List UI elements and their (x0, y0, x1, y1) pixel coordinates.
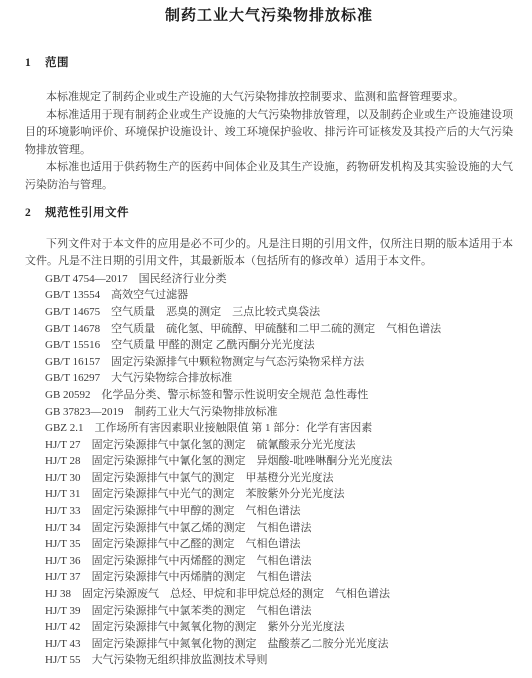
reference-title: 空气质量 恶臭的测定 三点比较式臭袋法 (111, 306, 320, 318)
section-scope: 1 范围 本标准规定了制药企业或生产设施的大气污染物排放控制要求、监测和监督管理… (25, 56, 513, 195)
scope-paragraph-1: 本标准规定了制药企业或生产设施的大气污染物排放控制要求、监测和监督管理要求。 (25, 89, 513, 107)
document-page: 制药工业大气污染物排放标准 1 范围 本标准规定了制药企业或生产设施的大气污染物… (0, 0, 532, 678)
reference-list: GB/T 4754—2017国民经济行业分类 GB/T 13554高效空气过滤器… (25, 271, 513, 669)
reference-code: HJ/T 28 (45, 453, 81, 470)
reference-code: GBZ 2.1 (45, 420, 84, 437)
references-intro-paragraph: 下列文件对于本文件的应用是必不可少的。凡是注日期的引用文件，仅所注日期的版本适用… (25, 236, 513, 271)
reference-title: 固定污染源排气中氯气的测定 甲基橙分光光度法 (92, 472, 334, 484)
reference-code: HJ/T 42 (45, 619, 81, 636)
reference-title: 工作场所有害因素职业接触限值 第 1 部分：化学有害因素 (95, 422, 373, 434)
section-2-heading: 2 规范性引用文件 (25, 206, 513, 220)
reference-code: GB/T 16297 (45, 370, 100, 387)
reference-item: HJ/T 55大气污染物无组织排放监测技术导则 (45, 652, 513, 669)
section-references: 2 规范性引用文件 下列文件对于本文件的应用是必不可少的。凡是注日期的引用文件，… (25, 206, 513, 669)
section-1-number: 1 (25, 56, 45, 70)
reference-code: GB 37823—2019 (45, 404, 124, 421)
reference-code: GB/T 13554 (45, 287, 100, 304)
reference-code: GB/T 16157 (45, 354, 100, 371)
reference-title: 固定污染源排气中乙醛的测定 气相色谱法 (92, 538, 301, 550)
reference-code: GB/T 15516 (45, 337, 100, 354)
reference-item: HJ/T 31固定污染源排气中光气的测定 苯胺紫外分光光度法 (45, 486, 513, 503)
reference-code: HJ/T 43 (45, 636, 81, 653)
reference-title: 固定污染源排气中氰化氢的测定 异烟酸-吡唑啉酮分光光度法 (92, 455, 393, 467)
reference-code: GB/T 4754—2017 (45, 271, 128, 288)
reference-item: HJ/T 34固定污染源排气中氯乙烯的测定 气相色谱法 (45, 520, 513, 537)
reference-item: GBZ 2.1工作场所有害因素职业接触限值 第 1 部分：化学有害因素 (45, 420, 513, 437)
reference-title: 大气污染物综合排放标准 (111, 372, 232, 384)
scope-body: 本标准规定了制药企业或生产设施的大气污染物排放控制要求、监测和监督管理要求。 本… (25, 89, 513, 195)
reference-item: HJ 38固定污染源废气 总烃、甲烷和非甲烷总烃的测定 气相色谱法 (45, 586, 513, 603)
reference-title: 固定污染源排气中氯化氢的测定 硫氰酸汞分光光度法 (92, 439, 356, 451)
reference-code: HJ/T 37 (45, 569, 81, 586)
reference-item: HJ/T 42固定污染源排气中氮氧化物的测定 紫外分光光度法 (45, 619, 513, 636)
reference-code: HJ/T 39 (45, 603, 81, 620)
reference-title: 空气质量 硫化氢、甲硫醇、甲硫醚和二甲二硫的测定 气相色谱法 (111, 323, 441, 335)
reference-title: 固定污染源排气中丙烯醛的测定 气相色谱法 (92, 555, 312, 567)
scope-paragraph-3: 本标准也适用于供药物生产的医药中间体企业及其生产设施，药物研发机构及其实验设施的… (25, 159, 513, 194)
reference-code: HJ/T 31 (45, 486, 81, 503)
reference-code: GB/T 14678 (45, 321, 100, 338)
document-title: 制药工业大气污染物排放标准 (25, 7, 513, 26)
reference-item: GB 20592化学品分类、警示标签和警示性说明安全规范 急性毒性 (45, 387, 513, 404)
reference-item: GB/T 16157固定污染源排气中颗粒物测定与气态污染物采样方法 (45, 354, 513, 371)
section-1-heading: 1 范围 (25, 56, 513, 70)
reference-item: GB/T 13554高效空气过滤器 (45, 287, 513, 304)
reference-item: GB/T 15516空气质量 甲醛的测定 乙酰丙酮分光光度法 (45, 337, 513, 354)
reference-title: 固定污染源排气中丙烯腈的测定 气相色谱法 (92, 571, 312, 583)
reference-code: HJ/T 33 (45, 503, 81, 520)
reference-item: HJ/T 30固定污染源排气中氯气的测定 甲基橙分光光度法 (45, 470, 513, 487)
reference-item: GB/T 14678空气质量 硫化氢、甲硫醇、甲硫醚和二甲二硫的测定 气相色谱法 (45, 321, 513, 338)
reference-item: GB 37823—2019制药工业大气污染物排放标准 (45, 404, 513, 421)
reference-title: 化学品分类、警示标签和警示性说明安全规范 急性毒性 (102, 389, 369, 401)
section-2-title: 规范性引用文件 (45, 206, 129, 220)
reference-item: HJ/T 39固定污染源排气中氯苯类的测定 气相色谱法 (45, 603, 513, 620)
reference-title: 固定污染源排气中氯苯类的测定 气相色谱法 (92, 605, 312, 617)
reference-code: HJ/T 30 (45, 470, 81, 487)
reference-item: HJ/T 43固定污染源排气中氮氧化物的测定 盐酸萘乙二胺分光光度法 (45, 636, 513, 653)
section-1-title: 范围 (45, 56, 69, 70)
reference-item: HJ/T 33固定污染源排气中甲醇的测定 气相色谱法 (45, 503, 513, 520)
reference-code: HJ/T 34 (45, 520, 81, 537)
reference-title: 固定污染源排气中颗粒物测定与气态污染物采样方法 (111, 356, 364, 368)
reference-title: 固定污染源排气中光气的测定 苯胺紫外分光光度法 (92, 488, 345, 500)
reference-code: HJ/T 55 (45, 652, 81, 669)
reference-code: HJ 38 (45, 586, 71, 603)
reference-item: HJ/T 27固定污染源排气中氯化氢的测定 硫氰酸汞分光光度法 (45, 437, 513, 454)
reference-title: 固定污染源排气中甲醇的测定 气相色谱法 (92, 505, 301, 517)
reference-title: 固定污染源废气 总烃、甲烷和非甲烷总烃的测定 气相色谱法 (82, 588, 390, 600)
reference-title: 国民经济行业分类 (139, 273, 227, 285)
reference-code: HJ/T 35 (45, 536, 81, 553)
reference-item: GB/T 16297大气污染物综合排放标准 (45, 370, 513, 387)
reference-item: GB/T 4754—2017国民经济行业分类 (45, 271, 513, 288)
reference-title: 固定污染源排气中氯乙烯的测定 气相色谱法 (92, 522, 312, 534)
reference-title: 固定污染源排气中氮氧化物的测定 盐酸萘乙二胺分光光度法 (92, 638, 389, 650)
section-2-number: 2 (25, 206, 45, 220)
reference-code: HJ/T 27 (45, 437, 81, 454)
reference-item: HJ/T 37固定污染源排气中丙烯腈的测定 气相色谱法 (45, 569, 513, 586)
reference-title: 固定污染源排气中氮氧化物的测定 紫外分光光度法 (92, 621, 345, 633)
reference-item: HJ/T 35固定污染源排气中乙醛的测定 气相色谱法 (45, 536, 513, 553)
reference-title: 大气污染物无组织排放监测技术导则 (92, 654, 268, 666)
reference-code: GB/T 14675 (45, 304, 100, 321)
scope-paragraph-2: 本标准适用于现有制药企业或生产设施的大气污染物排放管理，以及制药企业或生产设施建… (25, 107, 513, 160)
reference-title: 高效空气过滤器 (111, 289, 188, 301)
reference-code: HJ/T 36 (45, 553, 81, 570)
reference-title: 制药工业大气污染物排放标准 (135, 406, 278, 418)
reference-title: 空气质量 甲醛的测定 乙酰丙酮分光光度法 (111, 339, 315, 351)
reference-item: HJ/T 28固定污染源排气中氰化氢的测定 异烟酸-吡唑啉酮分光光度法 (45, 453, 513, 470)
reference-item: GB/T 14675空气质量 恶臭的测定 三点比较式臭袋法 (45, 304, 513, 321)
reference-code: GB 20592 (45, 387, 91, 404)
reference-item: HJ/T 36固定污染源排气中丙烯醛的测定 气相色谱法 (45, 553, 513, 570)
